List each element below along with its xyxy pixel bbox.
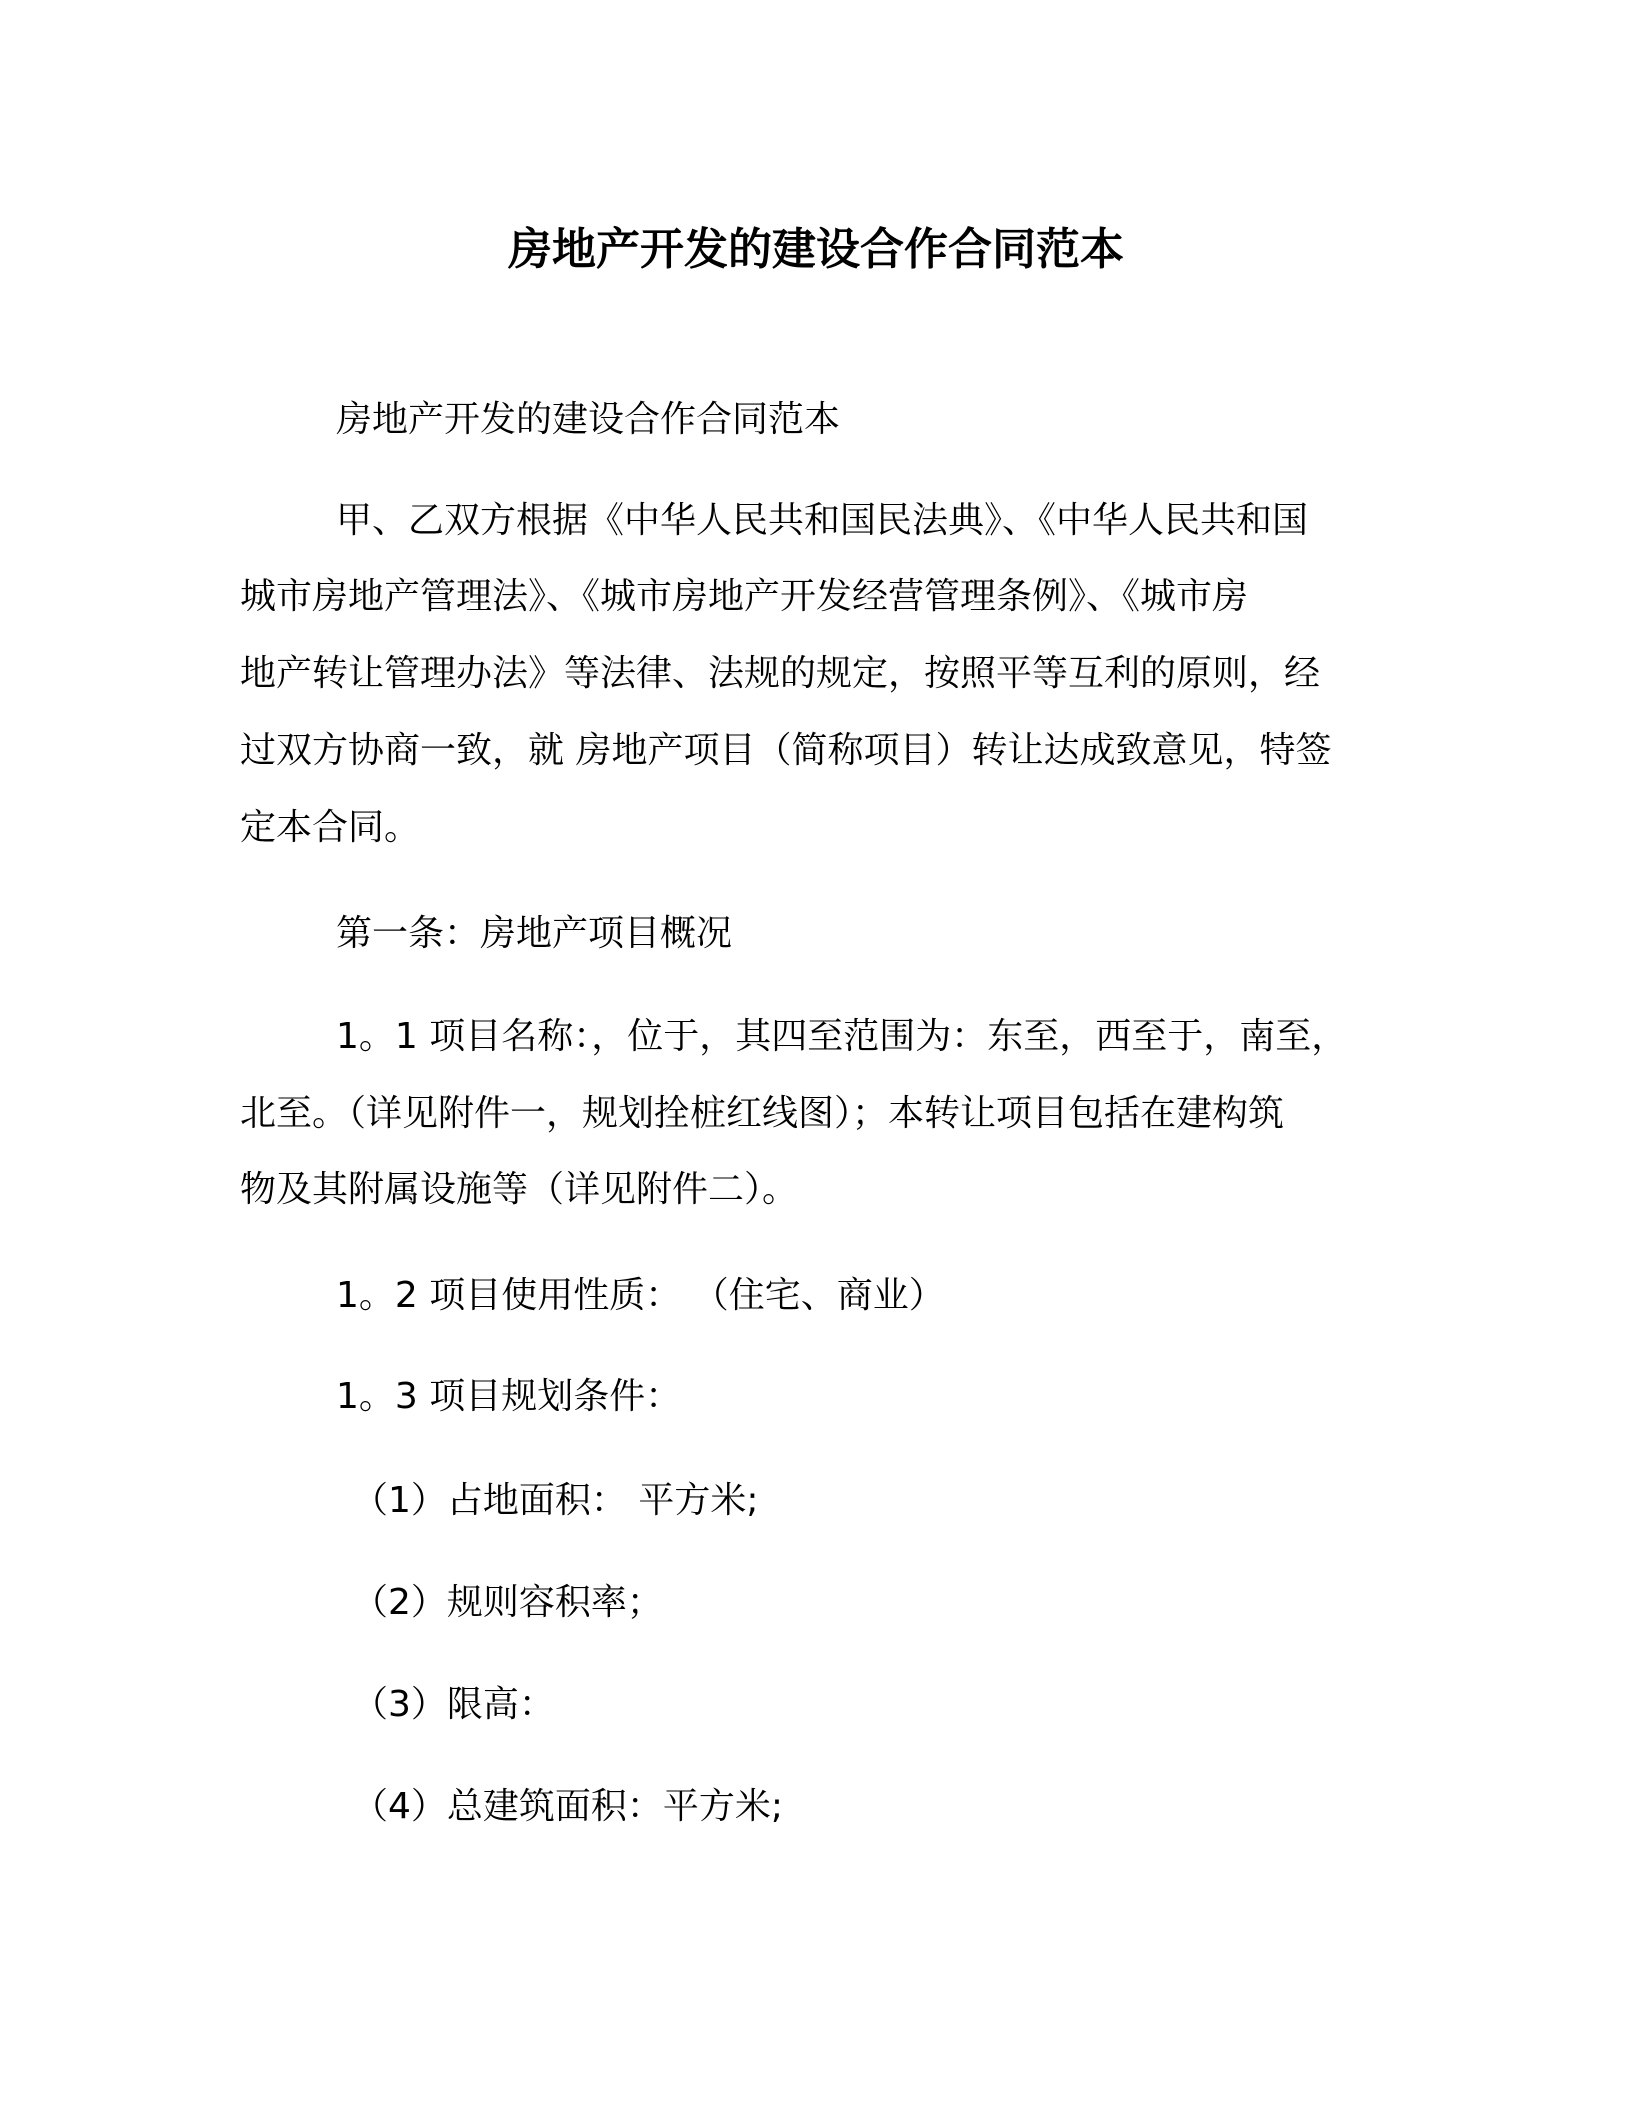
preamble-line: 甲、乙双方根据《中华人民共和国民法典》、《中华人民共和国 xyxy=(336,497,1308,545)
condition-total-floor-area: （4）总建筑面积：平方米; xyxy=(352,1783,783,1831)
preamble-line: 过双方协商一致，就 房地产项目（简称项目）转让达成致意见，特签 xyxy=(240,727,1331,775)
condition-plot-ratio: （2）规则容积率； xyxy=(352,1579,663,1627)
preamble-line: 城市房地产管理法》、《城市房地产开发经营管理条例》、《城市房 xyxy=(240,573,1248,621)
document-subtitle: 房地产开发的建设合作合同范本 xyxy=(336,396,840,444)
preamble-line: 地产转让管理办法》等法律、法规的规定，按照平等互利的原则，经 xyxy=(240,650,1320,698)
preamble-line: 定本合同。 xyxy=(240,804,420,852)
condition-land-area: （1）占地面积： 平方米; xyxy=(352,1477,758,1525)
item-1-2: 1。2 项目使用性质： （住宅、商业） xyxy=(336,1272,945,1320)
article-1-heading: 第一条：房地产项目概况 xyxy=(336,910,732,958)
item-1-1-line: 北至。（详见附件一，规划拴桩红线图）；本转让项目包括在建构筑 xyxy=(240,1090,1284,1138)
item-1-1-line: 物及其附属设施等（详见附件二）。 xyxy=(240,1166,798,1214)
item-1-1-line: 1。1 项目名称：，位于，其四至范围为：东至，西至于，南至， xyxy=(336,1013,1347,1061)
document-page: 房地产开发的建设合作合同范本 房地产开发的建设合作合同范本 甲、乙双方根据《中华… xyxy=(0,0,1632,2112)
item-1-3: 1。3 项目规划条件： xyxy=(336,1373,681,1421)
document-title: 房地产开发的建设合作合同范本 xyxy=(0,222,1632,278)
condition-height-limit: （3）限高： xyxy=(352,1681,555,1729)
